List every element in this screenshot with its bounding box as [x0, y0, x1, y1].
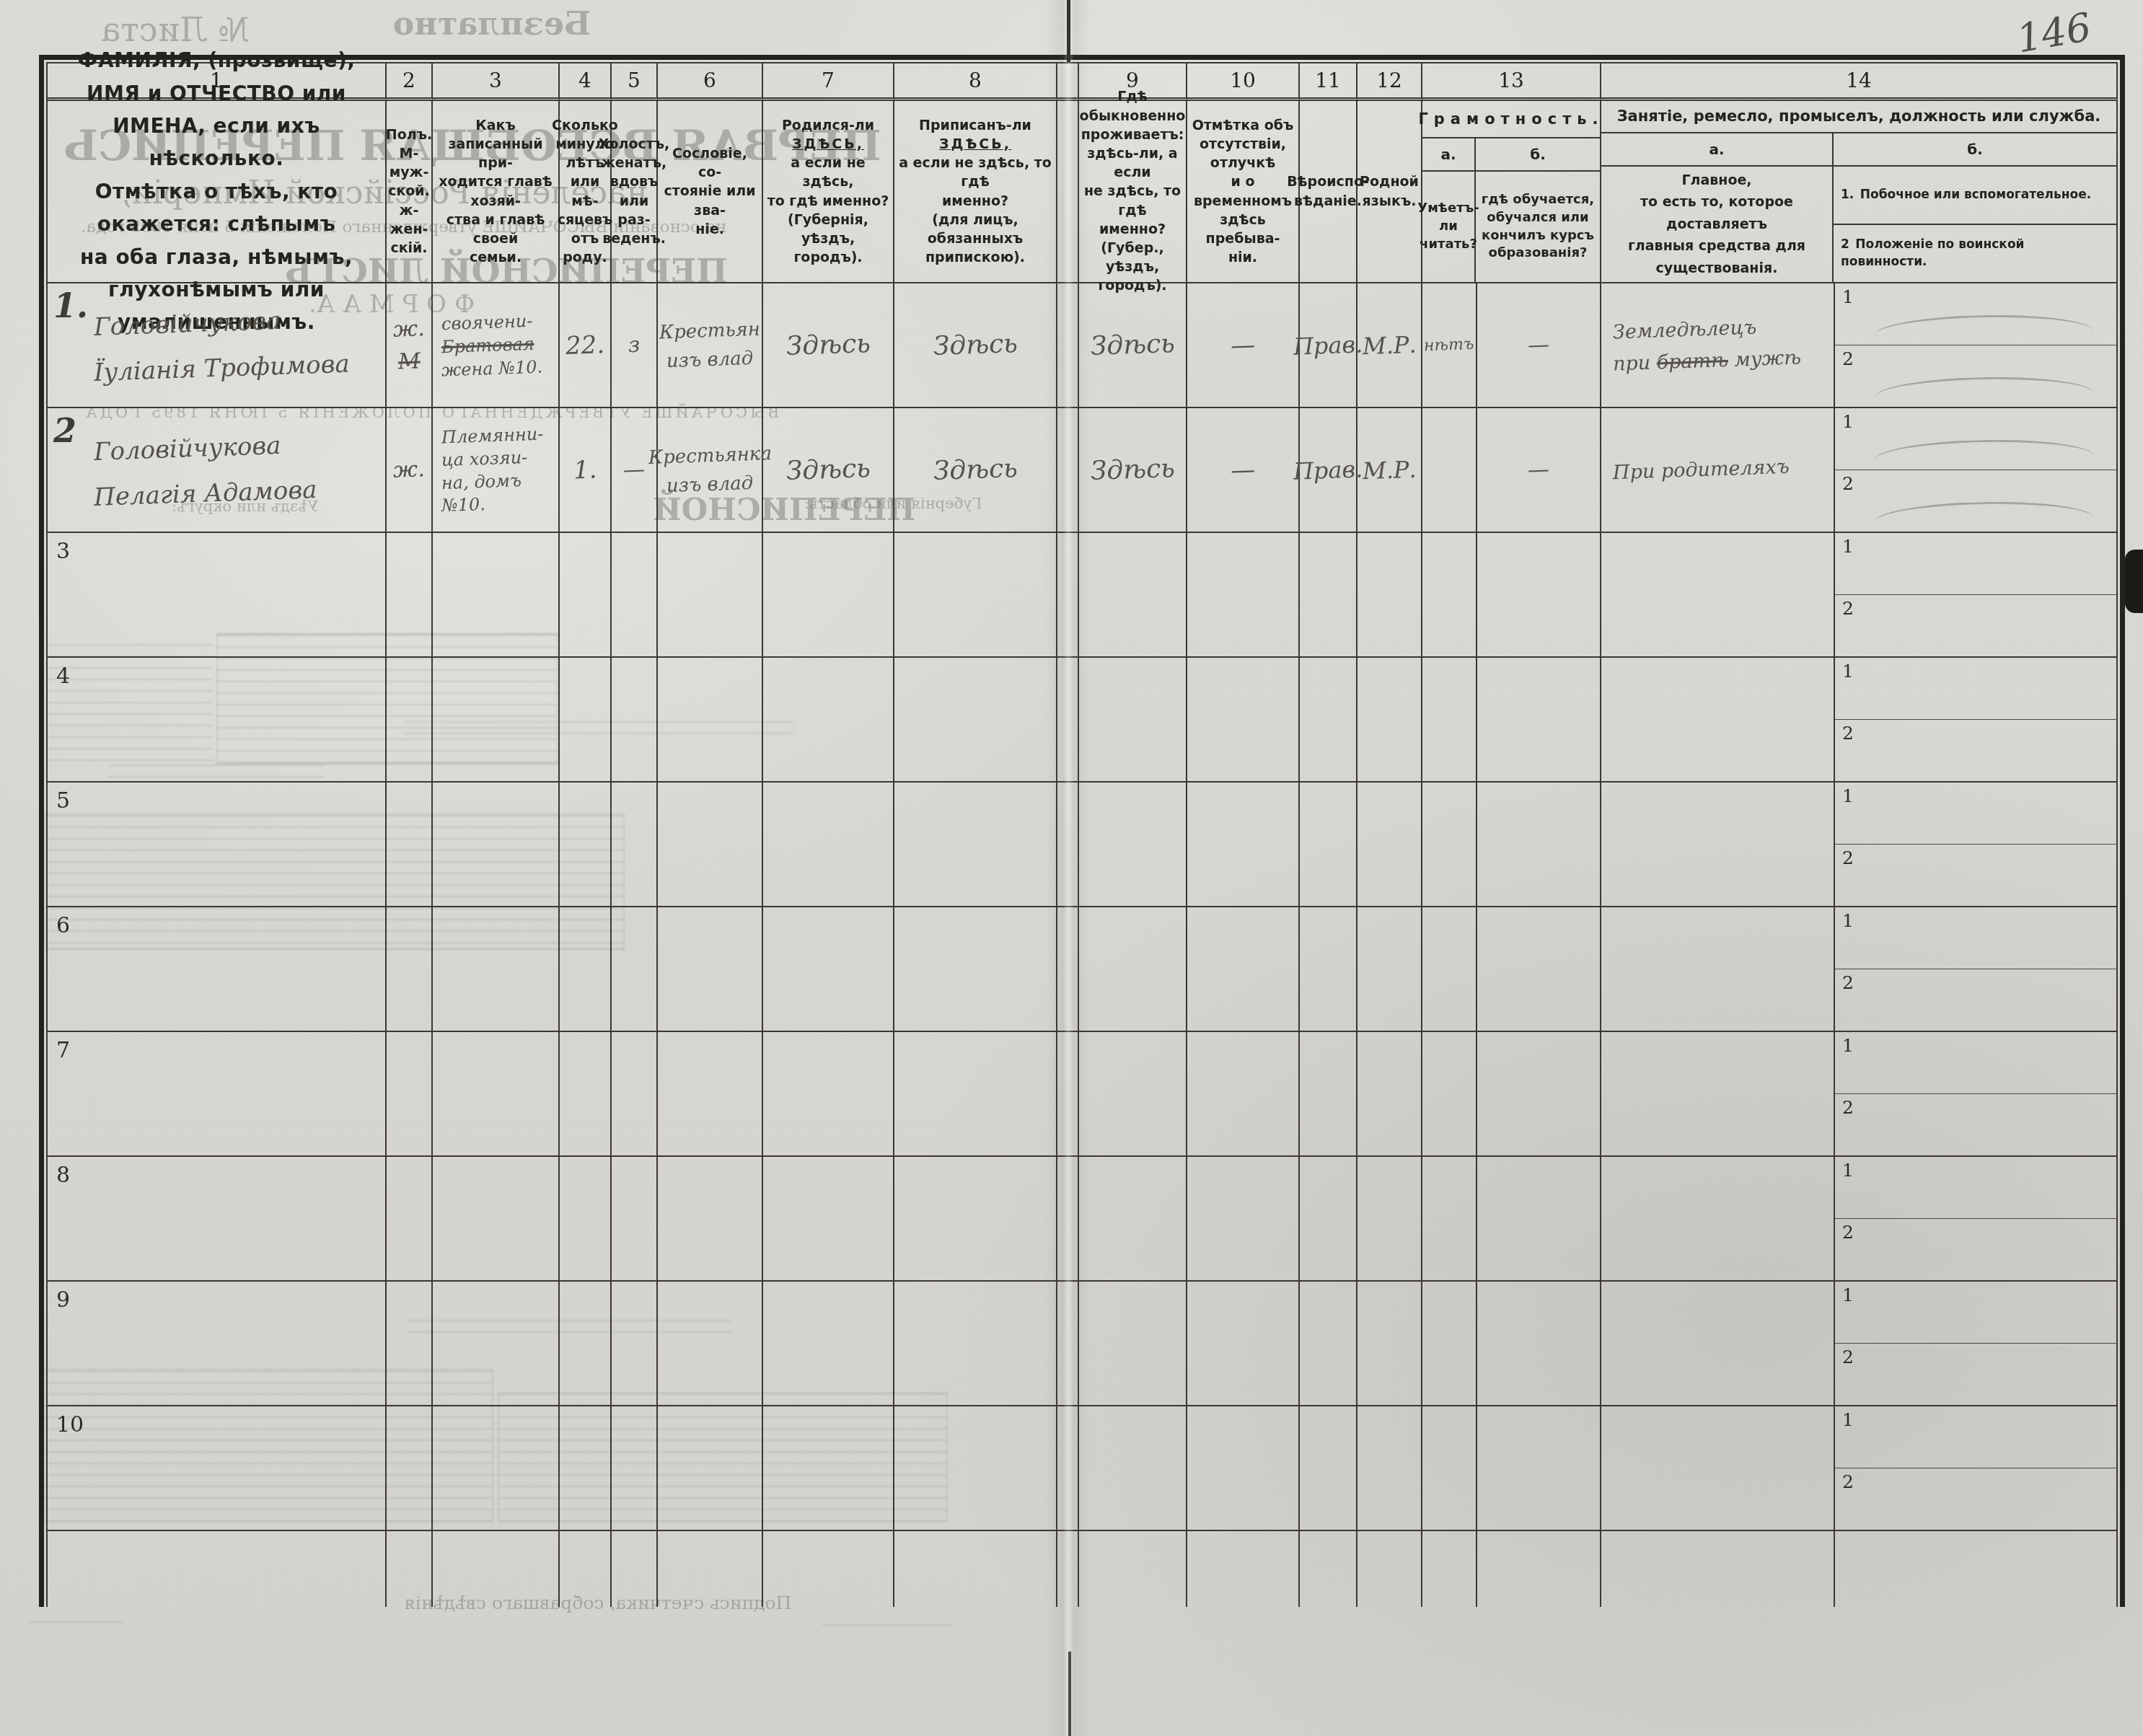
partial-row-cell [612, 1531, 658, 1607]
cell-relation-r4 [433, 658, 560, 783]
cell-religion-r2: Прав. [1300, 408, 1357, 533]
cell-relation-r9 [433, 1282, 560, 1406]
header-c6: Сословіе, со-стояніе или зва-ніе. [658, 101, 763, 283]
cell-marital-r10 [612, 1406, 658, 1531]
cell-born-r6 [763, 907, 894, 1032]
cell-occ_a-r5 [1601, 783, 1835, 907]
cell-estate-r3 [658, 533, 763, 658]
cell-name-r1: 1.ГоловійчуковаЇуліанія Трофимова [48, 283, 387, 408]
cell-lit_b-r3 [1477, 533, 1601, 658]
cell-occ_a-r3 [1601, 533, 1835, 658]
header-c14: Занятіе, ремесло, промыселъ, должность и… [1601, 101, 2118, 283]
cell-registered-r8 [894, 1157, 1057, 1282]
fold-gap-cell [1057, 533, 1079, 658]
cell-occ_a-r10 [1601, 1406, 1835, 1531]
cell-born-r8 [763, 1157, 894, 1282]
fold-mark-top [1067, 0, 1070, 62]
cell-religion-r6 [1300, 907, 1357, 1032]
cell-name-r2: 2ГоловійчуковаПелагія Адамова [48, 408, 387, 533]
cell-religion-r4 [1300, 658, 1357, 783]
cell-lit_a-r8 [1422, 1157, 1477, 1282]
cell-lit_b-r6 [1477, 907, 1601, 1032]
cell-resides-r10 [1079, 1406, 1187, 1531]
cell-born-r9 [763, 1282, 894, 1406]
partial-row-cell [658, 1531, 763, 1607]
column-number-14: 14 [1601, 63, 2118, 101]
cell-marital-r7 [612, 1032, 658, 1157]
cell-sex-r8 [387, 1157, 433, 1282]
cell-occupation-side-r5: 12 [1835, 783, 2118, 907]
cell-occupation-side-r4: 12 [1835, 658, 2118, 783]
cell-resides-r8 [1079, 1157, 1187, 1282]
header-c5: Холостъ,женатъ,вдовъили раз-веденъ. [612, 101, 658, 283]
header-c4: Сколькоминулолѣтъили мѣ-сяцевъотъ роду. [560, 101, 612, 283]
cell-lit_b-r7 [1477, 1032, 1601, 1157]
cell-born-r7 [763, 1032, 894, 1157]
cell-estate-r6 [658, 907, 763, 1032]
cell-estate-r9 [658, 1282, 763, 1406]
cell-marital-r4 [612, 658, 658, 783]
cell-occupation-side-r1: 12 [1835, 283, 2118, 408]
cell-sex-r7 [387, 1032, 433, 1157]
cell-occ_a-r1: Земледѣлецъпри братѣ мужѣ [1601, 283, 1835, 408]
cell-lit_b-r4 [1477, 658, 1601, 783]
cell-age-r1: 22. [560, 283, 612, 408]
cell-resides-r3 [1079, 533, 1187, 658]
column-number-10: 10 [1187, 63, 1300, 101]
cell-marital-r2: — [612, 408, 658, 533]
cell-sex-r2: ж. [387, 408, 433, 533]
partial-row-cell [763, 1531, 894, 1607]
bleedthrough-blur [29, 1621, 123, 1630]
column-number-11: 11 [1300, 63, 1357, 101]
cell-age-r4 [560, 658, 612, 783]
column-number-12: 12 [1357, 63, 1422, 101]
cell-age-r9 [560, 1282, 612, 1406]
fold-mark-bottom [1068, 1652, 1071, 1736]
cell-sex-r1: ж.М [387, 283, 433, 408]
cell-absence-r4 [1187, 658, 1300, 783]
cell-lit_b-r9 [1477, 1282, 1601, 1406]
cell-resides-r9 [1079, 1282, 1187, 1406]
cell-lit_a-r4 [1422, 658, 1477, 783]
column-number-7: 7 [763, 63, 894, 101]
cell-language-r5 [1357, 783, 1422, 907]
cell-born-r4 [763, 658, 894, 783]
cell-religion-r3 [1300, 533, 1357, 658]
cell-resides-r7 [1079, 1032, 1187, 1157]
header-c3: Какъ записанный при-ходится главѣ хозяй-… [433, 101, 560, 283]
cell-relation-r5 [433, 783, 560, 907]
cell-religion-r10 [1300, 1406, 1357, 1531]
cell-sex-r9 [387, 1282, 433, 1406]
cell-absence-r2: — [1187, 408, 1300, 533]
cell-age-r5 [560, 783, 612, 907]
partial-row-cell [1357, 1531, 1422, 1607]
cell-language-r6 [1357, 907, 1422, 1032]
cell-age-r8 [560, 1157, 612, 1282]
cell-estate-r1: Крестьянизъ влад [658, 283, 763, 408]
cell-relation-r1: своячени-Братоваяжена №10. [433, 283, 560, 408]
cell-marital-r1: з [612, 283, 658, 408]
header-c2: Полъ.М-муж-ской.ж-жен-скій. [387, 101, 433, 283]
cell-occupation-side-r7: 12 [1835, 1032, 2118, 1157]
cell-relation-r3 [433, 533, 560, 658]
cell-absence-r1: — [1187, 283, 1300, 408]
fold-gap-cell [1057, 1157, 1079, 1282]
cell-lit_b-r2: — [1477, 408, 1601, 533]
cell-religion-r5 [1300, 783, 1357, 907]
handwritten-page-number: 146 [2013, 4, 2094, 62]
cell-language-r2: М.Р. [1357, 408, 1422, 533]
cell-occupation-side-r10: 12 [1835, 1406, 2118, 1531]
cell-age-r6 [560, 907, 612, 1032]
cell-registered-r1: Здѣсь [894, 283, 1057, 408]
cell-registered-r9 [894, 1282, 1057, 1406]
cell-sex-r4 [387, 658, 433, 783]
cell-registered-r4 [894, 658, 1057, 783]
cell-occ_a-r9 [1601, 1282, 1835, 1406]
cell-occ_a-r4 [1601, 658, 1835, 783]
cell-occ_a-r8 [1601, 1157, 1835, 1282]
cell-absence-r10 [1187, 1406, 1300, 1531]
bleed-free-label: Безплатно [393, 6, 591, 43]
cell-age-r3 [560, 533, 612, 658]
cell-resides-r6 [1079, 907, 1187, 1032]
cell-sex-r5 [387, 783, 433, 907]
binding-ink-blob [2125, 550, 2143, 613]
scanned-census-page: Безплатно № Листа ПЕРВАЯ ВСЕОБЩАЯ ПЕРЕПИ… [0, 0, 2143, 1736]
cell-registered-r6 [894, 907, 1057, 1032]
cell-estate-r2: Крестьянкаизъ влад [658, 408, 763, 533]
cell-age-r2: 1. [560, 408, 612, 533]
cell-religion-r7 [1300, 1032, 1357, 1157]
cell-lit_a-r9 [1422, 1282, 1477, 1406]
cell-occupation-side-r2: 12 [1835, 408, 2118, 533]
cell-age-r7 [560, 1032, 612, 1157]
cell-relation-r10 [433, 1406, 560, 1531]
partial-row-cell [1187, 1531, 1300, 1607]
cell-relation-r7 [433, 1032, 560, 1157]
cell-occupation-side-r8: 12 [1835, 1157, 2118, 1282]
bleedthrough-blur [822, 1624, 952, 1633]
cell-relation-r8 [433, 1157, 560, 1282]
cell-lit_a-r3 [1422, 533, 1477, 658]
cell-relation-r2: Племянни-ца хозяи-на, домъ№10. [433, 408, 560, 533]
cell-name-r6: 6 [48, 907, 387, 1032]
cell-resides-r2: Здѣсь [1079, 408, 1187, 533]
cell-registered-r7 [894, 1032, 1057, 1157]
cell-absence-r5 [1187, 783, 1300, 907]
partial-row-cell [433, 1531, 560, 1607]
cell-language-r4 [1357, 658, 1422, 783]
column-number-6: 6 [658, 63, 763, 101]
cell-estate-r5 [658, 783, 763, 907]
partial-row-cell [1477, 1531, 1601, 1607]
cell-lit_b-r10 [1477, 1406, 1601, 1531]
cell-language-r8 [1357, 1157, 1422, 1282]
header-c10: Отмѣтка объотсутствіи, отлучкѣи о времен… [1187, 101, 1300, 283]
cell-absence-r8 [1187, 1157, 1300, 1282]
column-number-2: 2 [387, 63, 433, 101]
cell-registered-r2: Здѣсь [894, 408, 1057, 533]
cell-language-r10 [1357, 1406, 1422, 1531]
cell-estate-r8 [658, 1157, 763, 1282]
header-c12: Роднойязыкъ. [1357, 101, 1422, 283]
cell-resides-r5 [1079, 783, 1187, 907]
cell-occupation-side-r6: 12 [1835, 907, 2118, 1032]
partial-row-cell [1057, 1531, 1079, 1607]
cell-name-r7: 7 [48, 1032, 387, 1157]
cell-absence-r6 [1187, 907, 1300, 1032]
cell-born-r2: Здѣсь [763, 408, 894, 533]
cell-language-r1: М.Р. [1357, 283, 1422, 408]
header-c13: Грамотность.а.Умѣетъ-личитать?б.гдѣ обуч… [1422, 101, 1601, 283]
header-c9: Гдѣ обыкновеннопроживаетъ:здѣсь-ли, а ес… [1079, 101, 1187, 283]
cell-name-r4: 4 [48, 658, 387, 783]
bleed-sheet-no: № Листа [101, 10, 250, 49]
fold-gap-cell [1057, 1282, 1079, 1406]
column-number-13: 13 [1422, 63, 1601, 101]
partial-row-cell [387, 1531, 433, 1607]
cell-registered-r3 [894, 533, 1057, 658]
census-grid: 1234567891011121314ФАМИЛІЯ, (прозвище), … [46, 62, 2118, 1607]
cell-marital-r8 [612, 1157, 658, 1282]
partial-row-cell [1079, 1531, 1187, 1607]
cell-marital-r5 [612, 783, 658, 907]
column-number-5: 5 [612, 63, 658, 101]
cell-lit_b-r5 [1477, 783, 1601, 907]
fold-gap-cell [1057, 783, 1079, 907]
cell-religion-r1: Прав. [1300, 283, 1357, 408]
cell-sex-r6 [387, 907, 433, 1032]
cell-lit_a-r10 [1422, 1406, 1477, 1531]
cell-name-r8: 8 [48, 1157, 387, 1282]
cell-occ_a-r6 [1601, 907, 1835, 1032]
cell-name-r5: 5 [48, 783, 387, 907]
cell-lit_a-r5 [1422, 783, 1477, 907]
cell-absence-r7 [1187, 1032, 1300, 1157]
fold-gap-cell [1057, 408, 1079, 533]
column-number-4: 4 [560, 63, 612, 101]
fold-gap-cell [1057, 658, 1079, 783]
cell-occ_a-r2: При родителяхъ [1601, 408, 1835, 533]
header-c7: Родился-ли ЗДѢСЬ,а если не здѣсь,то гдѣ … [763, 101, 894, 283]
fold-gap-cell [1057, 283, 1079, 408]
cell-lit_a-r7 [1422, 1032, 1477, 1157]
header-c11: Вѣроиспо-вѣданіе. [1300, 101, 1357, 283]
cell-marital-r9 [612, 1282, 658, 1406]
column-number-3: 3 [433, 63, 560, 101]
cell-name-r10: 10 [48, 1406, 387, 1531]
header-c1: ФАМИЛІЯ, (прозвище), ИМЯ и ОТЧЕСТВО илиИ… [48, 101, 387, 283]
cell-resides-r1: Здѣсь [1079, 283, 1187, 408]
partial-row-cell [1835, 1531, 2118, 1607]
cell-lit_a-r6 [1422, 907, 1477, 1032]
cell-absence-r3 [1187, 533, 1300, 658]
partial-row-cell [48, 1531, 387, 1607]
cell-registered-r5 [894, 783, 1057, 907]
cell-name-r9: 9 [48, 1282, 387, 1406]
fold-gap-cell [1057, 101, 1079, 283]
cell-language-r7 [1357, 1032, 1422, 1157]
cell-age-r10 [560, 1406, 612, 1531]
partial-row-cell [1601, 1531, 1835, 1607]
partial-row-cell [1422, 1531, 1477, 1607]
cell-language-r3 [1357, 533, 1422, 658]
cell-born-r1: Здѣсь [763, 283, 894, 408]
partial-row-cell [1300, 1531, 1357, 1607]
fold-gap-cell [1057, 907, 1079, 1032]
header-c8: Приписанъ-ли ЗДѢСЬ,а если не здѣсь, то г… [894, 101, 1057, 283]
fold-gap-cell [1057, 63, 1079, 101]
fold-gap-cell [1057, 1032, 1079, 1157]
cell-occ_a-r7 [1601, 1032, 1835, 1157]
fold-gap-cell [1057, 1406, 1079, 1531]
cell-religion-r8 [1300, 1157, 1357, 1282]
cell-sex-r3 [387, 533, 433, 658]
cell-registered-r10 [894, 1406, 1057, 1531]
cell-marital-r3 [612, 533, 658, 658]
cell-born-r10 [763, 1406, 894, 1531]
cell-relation-r6 [433, 907, 560, 1032]
cell-occupation-side-r3: 12 [1835, 533, 2118, 658]
cell-marital-r6 [612, 907, 658, 1032]
cell-sex-r10 [387, 1406, 433, 1531]
partial-row-cell [894, 1531, 1057, 1607]
cell-estate-r7 [658, 1032, 763, 1157]
cell-religion-r9 [1300, 1282, 1357, 1406]
cell-language-r9 [1357, 1282, 1422, 1406]
cell-occupation-side-r9: 12 [1835, 1282, 2118, 1406]
cell-estate-r4 [658, 658, 763, 783]
cell-born-r3 [763, 533, 894, 658]
cell-absence-r9 [1187, 1282, 1300, 1406]
cell-lit_a-r2 [1422, 408, 1477, 533]
partial-row-cell [560, 1531, 612, 1607]
cell-name-r3: 3 [48, 533, 387, 658]
column-number-8: 8 [894, 63, 1057, 101]
cell-born-r5 [763, 783, 894, 907]
cell-lit_a-r1: нѣтъ [1422, 283, 1477, 408]
cell-estate-r10 [658, 1406, 763, 1531]
cell-lit_b-r8 [1477, 1157, 1601, 1282]
cell-lit_b-r1: — [1477, 283, 1601, 408]
census-table-frame: 1234567891011121314ФАМИЛІЯ, (прозвище), … [39, 55, 2125, 1607]
cell-resides-r4 [1079, 658, 1187, 783]
